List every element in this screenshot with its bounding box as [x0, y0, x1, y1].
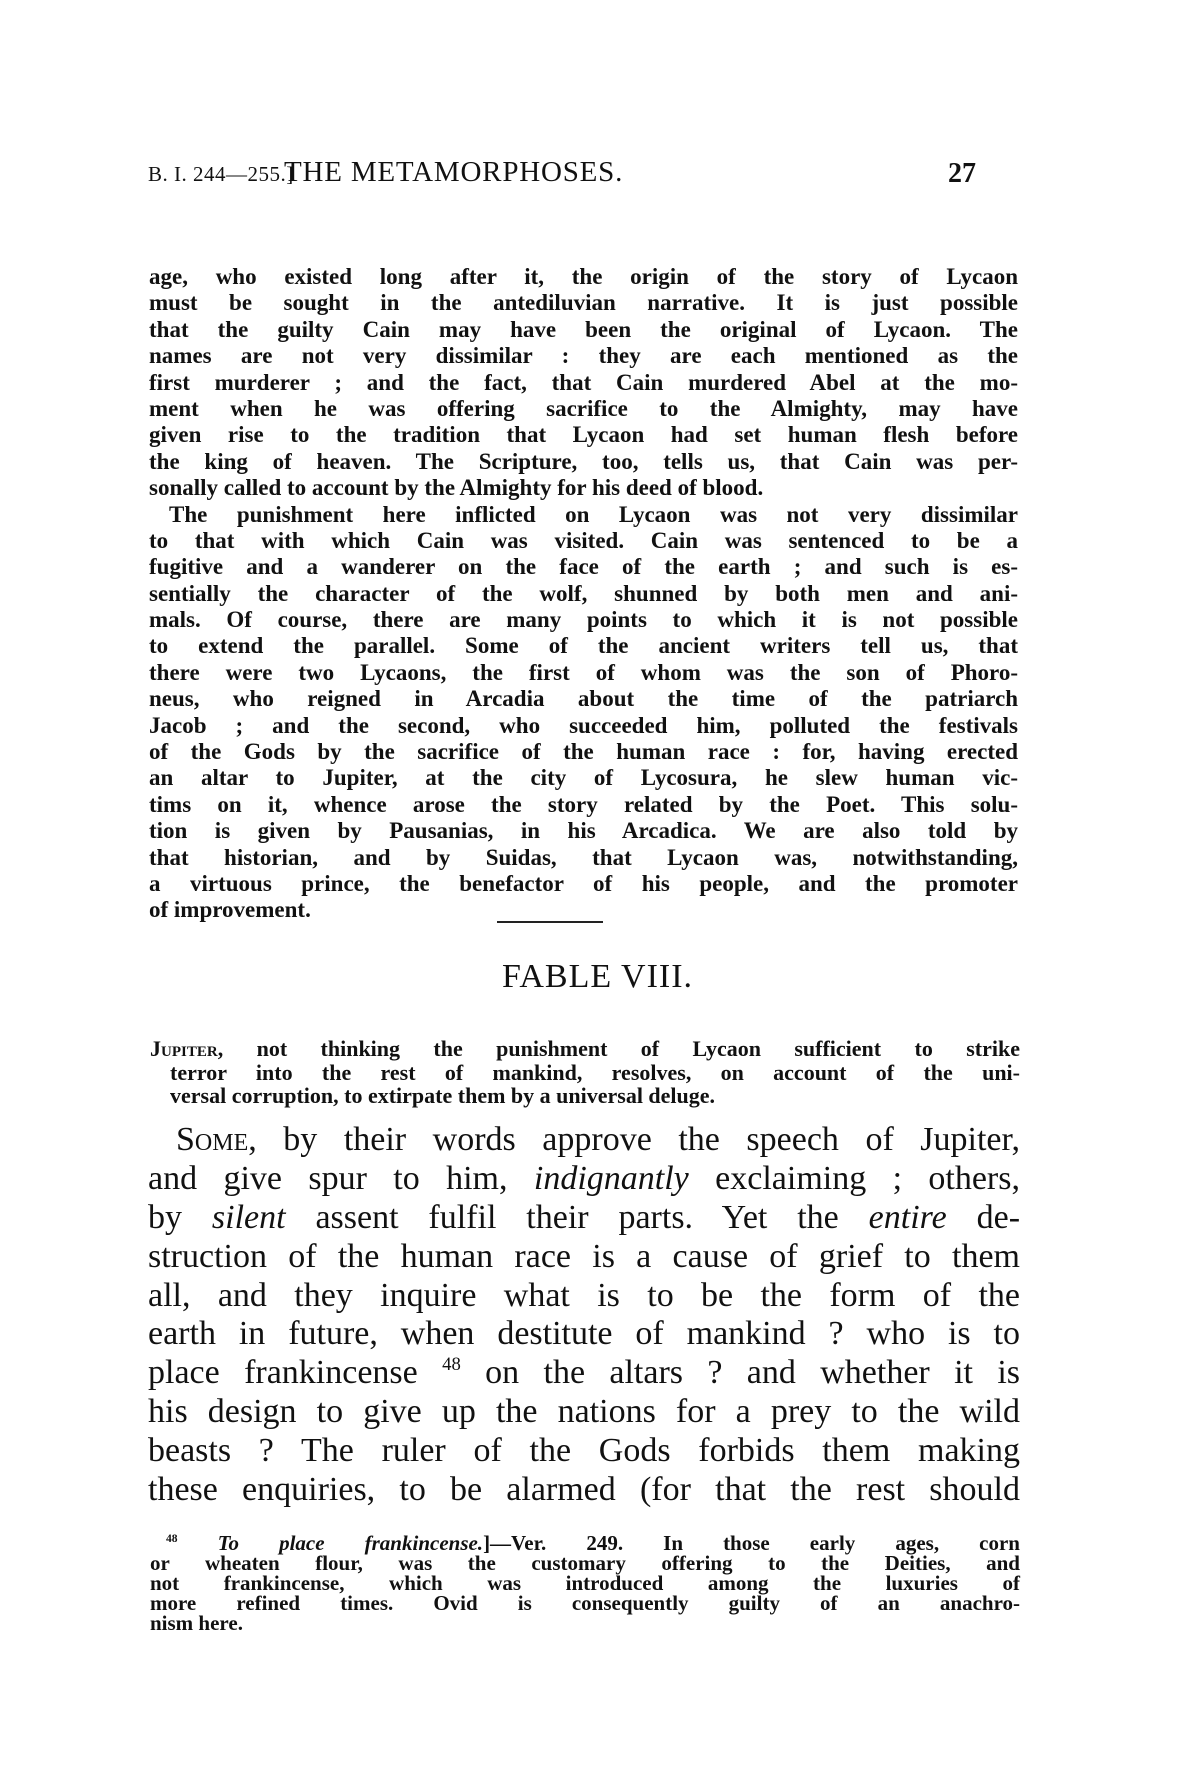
text-line: his design to give up the nations for a … [148, 1393, 1020, 1432]
text-line: by silent assent fulfil their parts. Yet… [148, 1199, 1020, 1238]
text-line: given rise to the tradition that Lycaon … [149, 422, 1018, 448]
footnote-line: not frankincense, which was introduced a… [150, 1573, 1020, 1593]
footnote-reference[interactable]: 48 [442, 1354, 461, 1375]
text-line: sentially the character of the wolf, shu… [149, 581, 1018, 607]
text-line: to that with which Cain was visited. Cai… [149, 528, 1018, 554]
argument-line: terror into the rest of mankind, resolve… [150, 1061, 1020, 1085]
text-line: the king of heaven. The Scripture, too, … [149, 449, 1018, 475]
running-title: THE METAMORPHOSES. [284, 156, 623, 189]
text-line: The punishment here inflicted on Lycaon … [149, 502, 1018, 528]
argument-line: Jupiter, not thinking the punishment of … [150, 1037, 1020, 1061]
page-number: 27 [948, 158, 976, 190]
text-line: struction of the human race is a cause o… [148, 1238, 1020, 1277]
footnote: 48 To place frankincense.]—Ver. 249. In … [150, 1533, 1020, 1633]
text-line: there were two Lycaons, the first of who… [149, 660, 1018, 686]
text-line: neus, who reigned in Arcadia about the t… [149, 686, 1018, 712]
footnote-line: or wheaten flour, was the customary offe… [150, 1553, 1020, 1573]
text-line: that historian, and by Suidas, that Lyca… [149, 845, 1018, 871]
footnote-line: more refined times. Ovid is consequently… [150, 1593, 1020, 1613]
text-line: must be sought in the antediluvian narra… [149, 290, 1018, 316]
running-head: B. I. 244—255.] THE METAMORPHOSES. 27 [148, 156, 1020, 190]
argument-lead-word: Jupiter [150, 1036, 218, 1061]
text-line: tims on it, whence arose the story relat… [149, 792, 1018, 818]
text-line: first murderer ; and the fact, that Cain… [149, 370, 1018, 396]
text-line: that the guilty Cain may have been the o… [149, 317, 1018, 343]
text-line: Some, by their words approve the speech … [148, 1121, 1020, 1160]
text-line: mals. Of course, there are many points t… [149, 607, 1018, 633]
section-title: FABLE VIII. [0, 958, 1195, 996]
commentary-text: age, who existed long after it, the orig… [149, 264, 1018, 924]
italic-emphasis: silent [212, 1199, 286, 1236]
book-line-reference: B. I. 244—255.] [148, 162, 294, 187]
fable-argument: Jupiter, not thinking the punishment of … [150, 1037, 1020, 1108]
text-line: Jacob ; and the second, who succeeded hi… [149, 713, 1018, 739]
text-line: ment when he was offering sacrifice to t… [149, 396, 1018, 422]
italic-emphasis: entire [869, 1199, 947, 1236]
footnote-line: 48 To place frankincense.]—Ver. 249. In … [150, 1533, 1020, 1553]
text-line: all, and they inquire what is to be the … [148, 1277, 1020, 1316]
text-line: a virtuous prince, the benefactor of his… [149, 871, 1018, 897]
main-translation-text: Some, by their words approve the speech … [148, 1121, 1020, 1510]
text-line: earth in future, when destitute of manki… [148, 1315, 1020, 1354]
text-line: of improvement. [149, 897, 1018, 923]
footnote-marker: 48 [166, 1533, 178, 1545]
text-line: age, who existed long after it, the orig… [149, 264, 1018, 290]
text-line: to extend the parallel. Some of the anci… [149, 633, 1018, 659]
text-line: names are not very dissimilar : they are… [149, 343, 1018, 369]
text-line: an altar to Jupiter, at the city of Lyco… [149, 765, 1018, 791]
italic-emphasis: indignantly [534, 1160, 689, 1197]
opening-word: Some [176, 1121, 248, 1158]
text-line: of the Gods by the sacrifice of the huma… [149, 739, 1018, 765]
footnote-line: nism here. [150, 1613, 1020, 1633]
text-line: sonally called to account by the Almight… [149, 475, 1018, 501]
text-line: beasts ? The ruler of the Gods forbids t… [148, 1432, 1020, 1471]
text-line: fugitive and a wanderer on the face of t… [149, 554, 1018, 580]
argument-line: versal corruption, to extirpate them by … [150, 1084, 1020, 1108]
text-line: tion is given by Pausanias, in his Arcad… [149, 818, 1018, 844]
text-line: and give spur to him, indignantly exclai… [148, 1160, 1020, 1199]
section-divider-rule [497, 921, 603, 923]
text-line: these enquiries, to be alarmed (for that… [148, 1471, 1020, 1510]
text-line: place frankincense 48 on the altars ? an… [148, 1354, 1020, 1393]
